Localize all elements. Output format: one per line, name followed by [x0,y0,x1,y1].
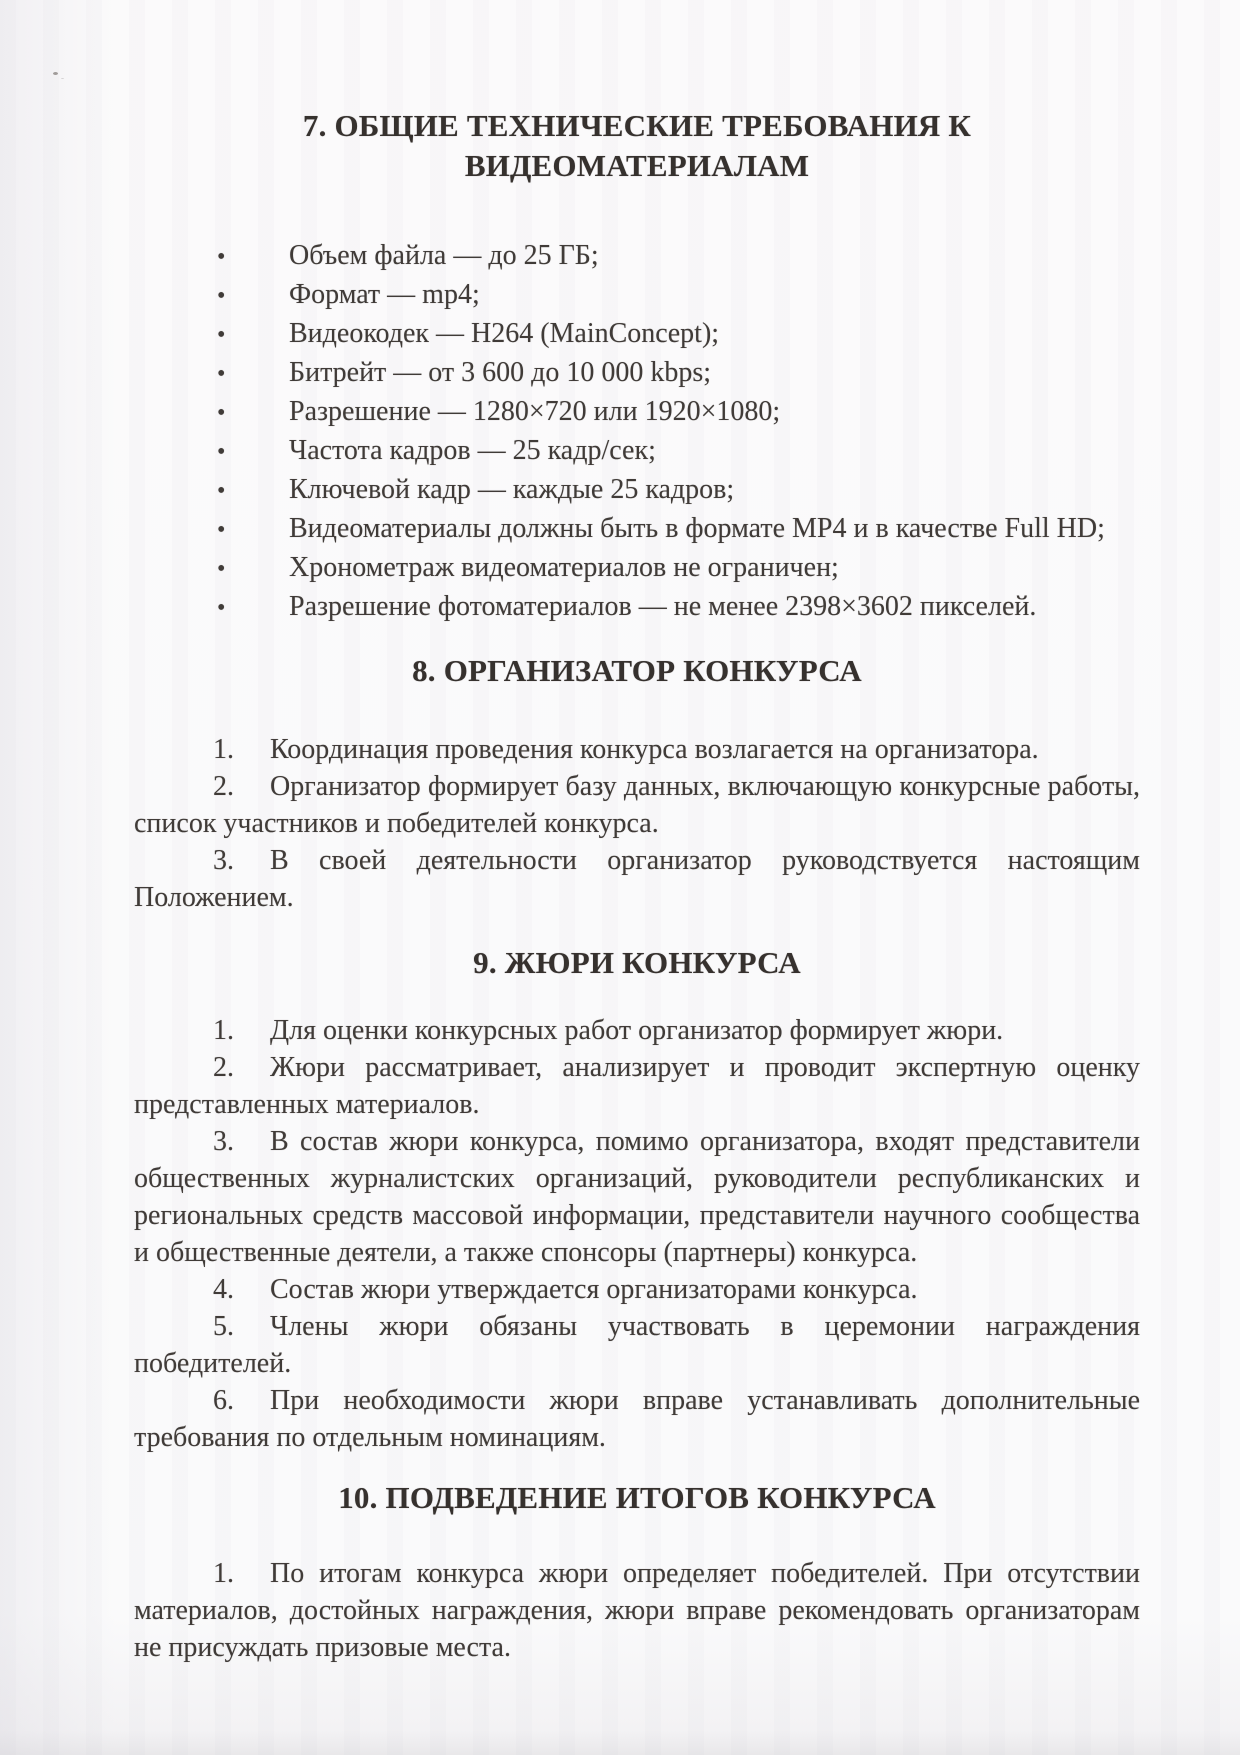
bullet-text: Объем файла — до 25 ГБ; [289,240,599,271]
numbered-item: 1.Координация проведения конкурса возлаг… [134,731,1140,768]
bullet-icon: • [217,512,289,549]
item-text: Состав жюри утверждается организаторами … [270,1274,918,1305]
bullet-icon: • [217,473,289,510]
item-text: Для оценки конкурсных работ организатор … [270,1015,1003,1046]
bullet-icon: • [217,395,289,432]
item-text: При необходимости жюри вправе устанавлив… [134,1385,1140,1453]
bullet-text: Битрейт — от 3 600 до 10 000 kbps; [289,357,711,388]
bullet-icon: • [217,590,289,627]
numbered-item: 4.Состав жюри утверждается организаторам… [134,1271,1140,1308]
section-8-body: 1.Координация проведения конкурса возлаг… [134,731,1140,916]
bullet-text: Хронометраж видеоматериалов не ограничен… [289,552,839,583]
item-number: 1. [213,1012,270,1049]
item-number: 3. [213,1123,270,1160]
item-number: 5. [213,1308,270,1345]
section-8-heading: 8. ОРГАНИЗАТОР КОНКУРСА [134,651,1140,691]
item-text: Организатор формирует базу данных, включ… [134,771,1140,839]
section-7-heading: 7. ОБЩИЕ ТЕХНИЧЕСКИЕ ТРЕБОВАНИЯ К ВИДЕОМ… [134,106,1140,186]
bullet-text: Разрешение фотоматериалов — не менее 239… [289,591,1036,622]
section-10-heading: 10. ПОДВЕДЕНИЕ ИТОГОВ КОНКУРСА [134,1478,1140,1518]
numbered-item: 6.При необходимости жюри вправе устанавл… [134,1382,1140,1456]
item-number: 2. [213,768,270,805]
section-10-body: 1.По итогам конкурса жюри определяет поб… [134,1555,1140,1666]
bullet-list: •Объем файла — до 25 ГБ; •Формат — mp4; … [134,237,1140,627]
bullet-item: •Объем файла — до 25 ГБ; [134,237,1140,276]
item-number: 2. [213,1049,270,1086]
section-9-heading: 9. ЖЮРИ КОНКУРСА [134,943,1140,983]
bullet-text: Видеоматериалы должны быть в формате MP4… [289,513,1105,544]
numbered-item: 1.По итогам конкурса жюри определяет поб… [134,1555,1140,1666]
bullet-text: Частота кадров — 25 кадр/сек; [289,435,656,466]
bullet-icon: • [217,239,289,276]
bullet-icon: • [217,551,289,588]
item-number: 4. [213,1271,270,1308]
item-text: В состав жюри конкурса, помимо организат… [134,1126,1140,1268]
bullet-icon: • [217,278,289,315]
numbered-item: 1.Для оценки конкурсных работ организато… [134,1012,1140,1049]
item-number: 1. [213,731,270,768]
bullet-icon: • [217,317,289,354]
item-text: По итогам конкурса жюри определяет побед… [134,1558,1140,1663]
numbered-item: 2.Организатор формирует базу данных, вкл… [134,768,1140,842]
bullet-item: •Формат — mp4; [134,276,1140,315]
item-number: 1. [213,1555,270,1592]
bullet-text: Ключевой кадр — каждые 25 кадров; [289,474,734,505]
numbered-item: 3.В состав жюри конкурса, помимо организ… [134,1123,1140,1271]
numbered-item: 3.В своей деятельности организатор руков… [134,842,1140,916]
scan-speck [53,72,58,75]
item-number: 3. [213,842,270,879]
bullet-text: Видеокодек — H264 (MainConcept); [289,318,719,349]
section-9-body: 1.Для оценки конкурсных работ организато… [134,1012,1140,1456]
bullet-item: •Хронометраж видеоматериалов не ограниче… [134,549,1140,588]
bullet-text: Формат — mp4; [289,279,480,310]
bullet-item: •Видеоматериалы должны быть в формате MP… [134,510,1140,549]
bullet-item: •Частота кадров — 25 кадр/сек; [134,432,1140,471]
bullet-text: Разрешение — 1280×720 или 1920×1080; [289,396,780,427]
item-text: Члены жюри обязаны участвовать в церемон… [134,1311,1140,1379]
bullet-item: •Разрешение фотоматериалов — не менее 23… [134,588,1140,627]
bullet-item: •Битрейт — от 3 600 до 10 000 kbps; [134,354,1140,393]
bullet-icon: • [217,434,289,471]
numbered-item: 5.Члены жюри обязаны участвовать в церем… [134,1308,1140,1382]
numbered-item: 2.Жюри рассматривает, анализирует и пров… [134,1049,1140,1123]
bullet-item: •Разрешение — 1280×720 или 1920×1080; [134,393,1140,432]
item-text: Координация проведения конкурса возлагае… [270,734,1039,765]
document-page: 7. ОБЩИЕ ТЕХНИЧЕСКИЕ ТРЕБОВАНИЯ К ВИДЕОМ… [0,0,1240,1755]
bullet-item: •Видеокодек — H264 (MainConcept); [134,315,1140,354]
item-text: В своей деятельности организатор руковод… [134,845,1140,913]
bullet-item: •Ключевой кадр — каждые 25 кадров; [134,471,1140,510]
bullet-icon: • [217,356,289,393]
item-text: Жюри рассматривает, анализирует и провод… [134,1052,1140,1120]
item-number: 6. [213,1382,270,1419]
